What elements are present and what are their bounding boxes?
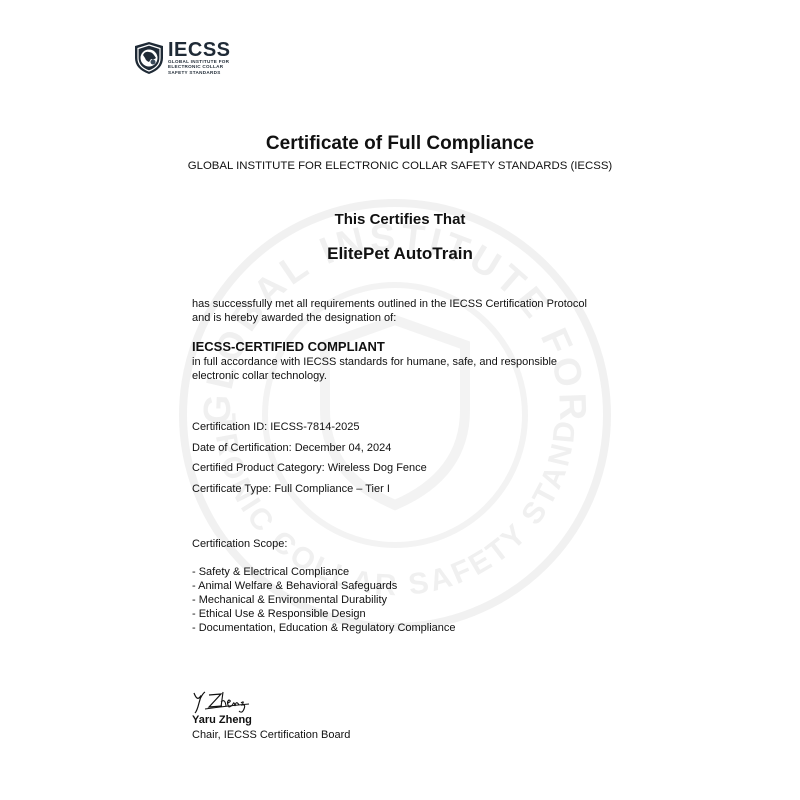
certificate-title: Certificate of Full Compliance	[0, 133, 800, 155]
logo-subtitle-2: ELECTRONIC COLLAR	[168, 64, 231, 69]
certificate-subtitle: GLOBAL INSTITUTE FOR ELECTRONIC COLLAR S…	[0, 160, 800, 172]
certification-id: Certification ID: IECSS-7814-2025	[192, 420, 427, 441]
signature-script	[191, 689, 255, 715]
certification-date: Date of Certification: December 04, 2024	[192, 441, 427, 462]
scope-item: - Ethical Use & Responsible Design	[192, 607, 456, 621]
signatory-name: Yaru Zheng	[192, 714, 252, 726]
intro-paragraph: has successfully met all requirements ou…	[192, 297, 587, 325]
designation-title: IECSS-CERTIFIED COMPLIANT	[192, 339, 385, 354]
intro-line: has successfully met all requirements ou…	[192, 297, 587, 311]
scope-label: Certification Scope:	[192, 537, 287, 551]
product-category: Certified Product Category: Wireless Dog…	[192, 461, 427, 482]
accordance-line: electronic collar technology.	[192, 369, 557, 383]
scope-item: - Mechanical & Environmental Durability	[192, 593, 456, 607]
accordance-line: in full accordance with IECSS standards …	[192, 355, 557, 369]
signatory-role: Chair, IECSS Certification Board	[192, 729, 350, 741]
logo-subtitle-3: SAFETY STANDARDS	[168, 70, 231, 75]
scope-item: - Safety & Electrical Compliance	[192, 565, 456, 579]
iecss-logo: IECSS GLOBAL INSTITUTE FOR ELECTRONIC CO…	[134, 41, 231, 75]
logo-name: IECSS	[168, 41, 231, 59]
scope-item: - Documentation, Education & Regulatory …	[192, 621, 456, 635]
intro-line: and is hereby awarded the designation of…	[192, 311, 587, 325]
scope-list: - Safety & Electrical Compliance - Anima…	[192, 565, 456, 635]
certificate-details: Certification ID: IECSS-7814-2025 Date o…	[192, 420, 427, 502]
certificate-type: Certificate Type: Full Compliance – Tier…	[192, 482, 427, 503]
certifies-that-heading: This Certifies That	[0, 211, 800, 228]
shield-dog-icon	[134, 41, 164, 75]
scope-item: - Animal Welfare & Behavioral Safeguards	[192, 579, 456, 593]
accordance-paragraph: in full accordance with IECSS standards …	[192, 355, 557, 383]
recipient-name: ElitePet AutoTrain	[0, 244, 800, 264]
